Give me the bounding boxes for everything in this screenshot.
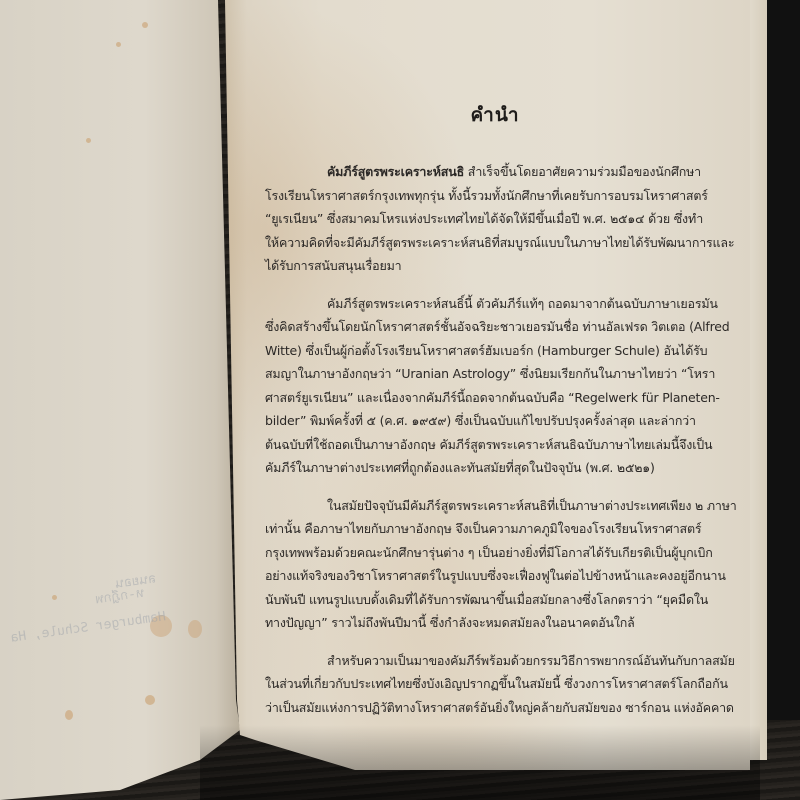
text-line: กรุงเทพพร้อมด้วยคณะนักศึกษารุ่นต่าง ๆ เป… [265,541,695,565]
paragraph-1: คัมภีร์สูตรพระเคราะห์สนธิ สำเร็จขึ้นโดยอ… [265,160,695,278]
text-line: เท่านั้น คือภาษาไทยกับภาษาอังกฤษ จึงเป็น… [265,517,695,541]
text-span: สำเร็จขึ้นโดยอาศัยความร่วมมือของนักศึกษา [464,164,701,179]
text-line: ว่าเป็นสมัยแห่งการปฏิวัติทางโหราศาสตร์อั… [265,696,695,720]
text-line: ในสมัยปัจจุบันมีคัมภีร์สูตรพระเคราะห์สนธ… [265,494,695,518]
foxing-spot [52,595,57,600]
text-line: คัมภีร์สูตรพระเคราะห์สนธิ์นี้ ตัวคัมภีร์… [265,292,695,316]
page-content: คำนำ คัมภีร์สูตรพระเคราะห์สนธิ สำเร็จขึ้… [265,100,695,719]
text-line: คัมภีร์สูตรพระเคราะห์สนธิ สำเร็จขึ้นโดยอ… [265,160,695,184]
paragraph-4: สำหรับความเป็นมาของคัมภีร์พร้อมด้วยกรรมว… [265,649,695,720]
text-line: สมญาในภาษาอังกฤษว่า “Uranian Astrology” … [265,362,695,386]
page-heading: คำนำ [280,100,710,130]
text-line: ศาสตร์ยูเรเนียน” และเนื่องจากคัมภีร์นี้ถ… [265,386,695,410]
foxing-spot [86,138,91,143]
text-line: คัมภีร์ในภาษาต่างประเทศที่ถูกต้องและทันส… [265,456,695,480]
foxing-spot [116,42,121,47]
foxing-spot [142,22,148,28]
left-page: Hamburger Schule, Ha ห-กฎีกพ ลนยอน [0,0,240,800]
text-line: ในส่วนที่เกี่ยวกับประเทศไทยซึ่งบังเอิญปร… [265,672,695,696]
foxing-spot [188,620,202,638]
text-line: ให้ความคิดที่จะมีคัมภีร์สูตรพระเคราะห์สน… [265,231,695,255]
text-line: ต้นฉบับที่ใช้ถอดเป็นภาษาอังกฤษ คัมภีร์สู… [265,433,695,457]
foxing-spot [65,710,73,720]
text-line: นับพันปี แทนรูปแบบดั้งเดิมที่ได้รับการพั… [265,588,695,612]
bleed-through-text: ลนยอน [114,567,158,594]
text-line: ทางปัญญา” ราวไม่ถึงพันปีมานี้ ซึ่งกำลังจ… [265,611,695,635]
text-line: โรงเรียนโหราศาสตร์กรุงเทพทุกรุ่น ทั้งนี้… [265,184,695,208]
text-line: bilder” พิมพ์ครั้งที่ ๕ (ค.ศ. ๑๙๕๙) ซึ่ง… [265,409,695,433]
foxing-spot [145,695,155,705]
text-line: ซึ่งคิดสร้างขึ้นโดยนักโหราศาสตร์ชั้นอัจฉ… [265,315,695,339]
text-line: สำหรับความเป็นมาของคัมภีร์พร้อมด้วยกรรมว… [265,649,695,673]
text-line: “ยูเรเนียน” ซึ่งสมาคมโหรแห่งประเทศไทยได้… [265,207,695,231]
book-title-lead: คัมภีร์สูตรพระเคราะห์สนธิ [327,164,464,179]
paragraph-3: ในสมัยปัจจุบันมีคัมภีร์สูตรพระเคราะห์สนธ… [265,494,695,635]
text-line: Witte) ซึ่งเป็นผู้ก่อตั้งโรงเรียนโหราศาส… [265,339,695,363]
text-line: ได้รับการสนับสนุนเรื่อยมา [265,254,695,278]
bleed-through-text: Hamburger Schule, Ha [10,609,167,646]
paragraph-2: คัมภีร์สูตรพระเคราะห์สนธิ์นี้ ตัวคัมภีร์… [265,292,695,480]
text-line: อย่างแท้จริงของวิชาโหราศาสตร์ในรูปแบบซึ่… [265,564,695,588]
bottom-shadow [200,725,760,800]
